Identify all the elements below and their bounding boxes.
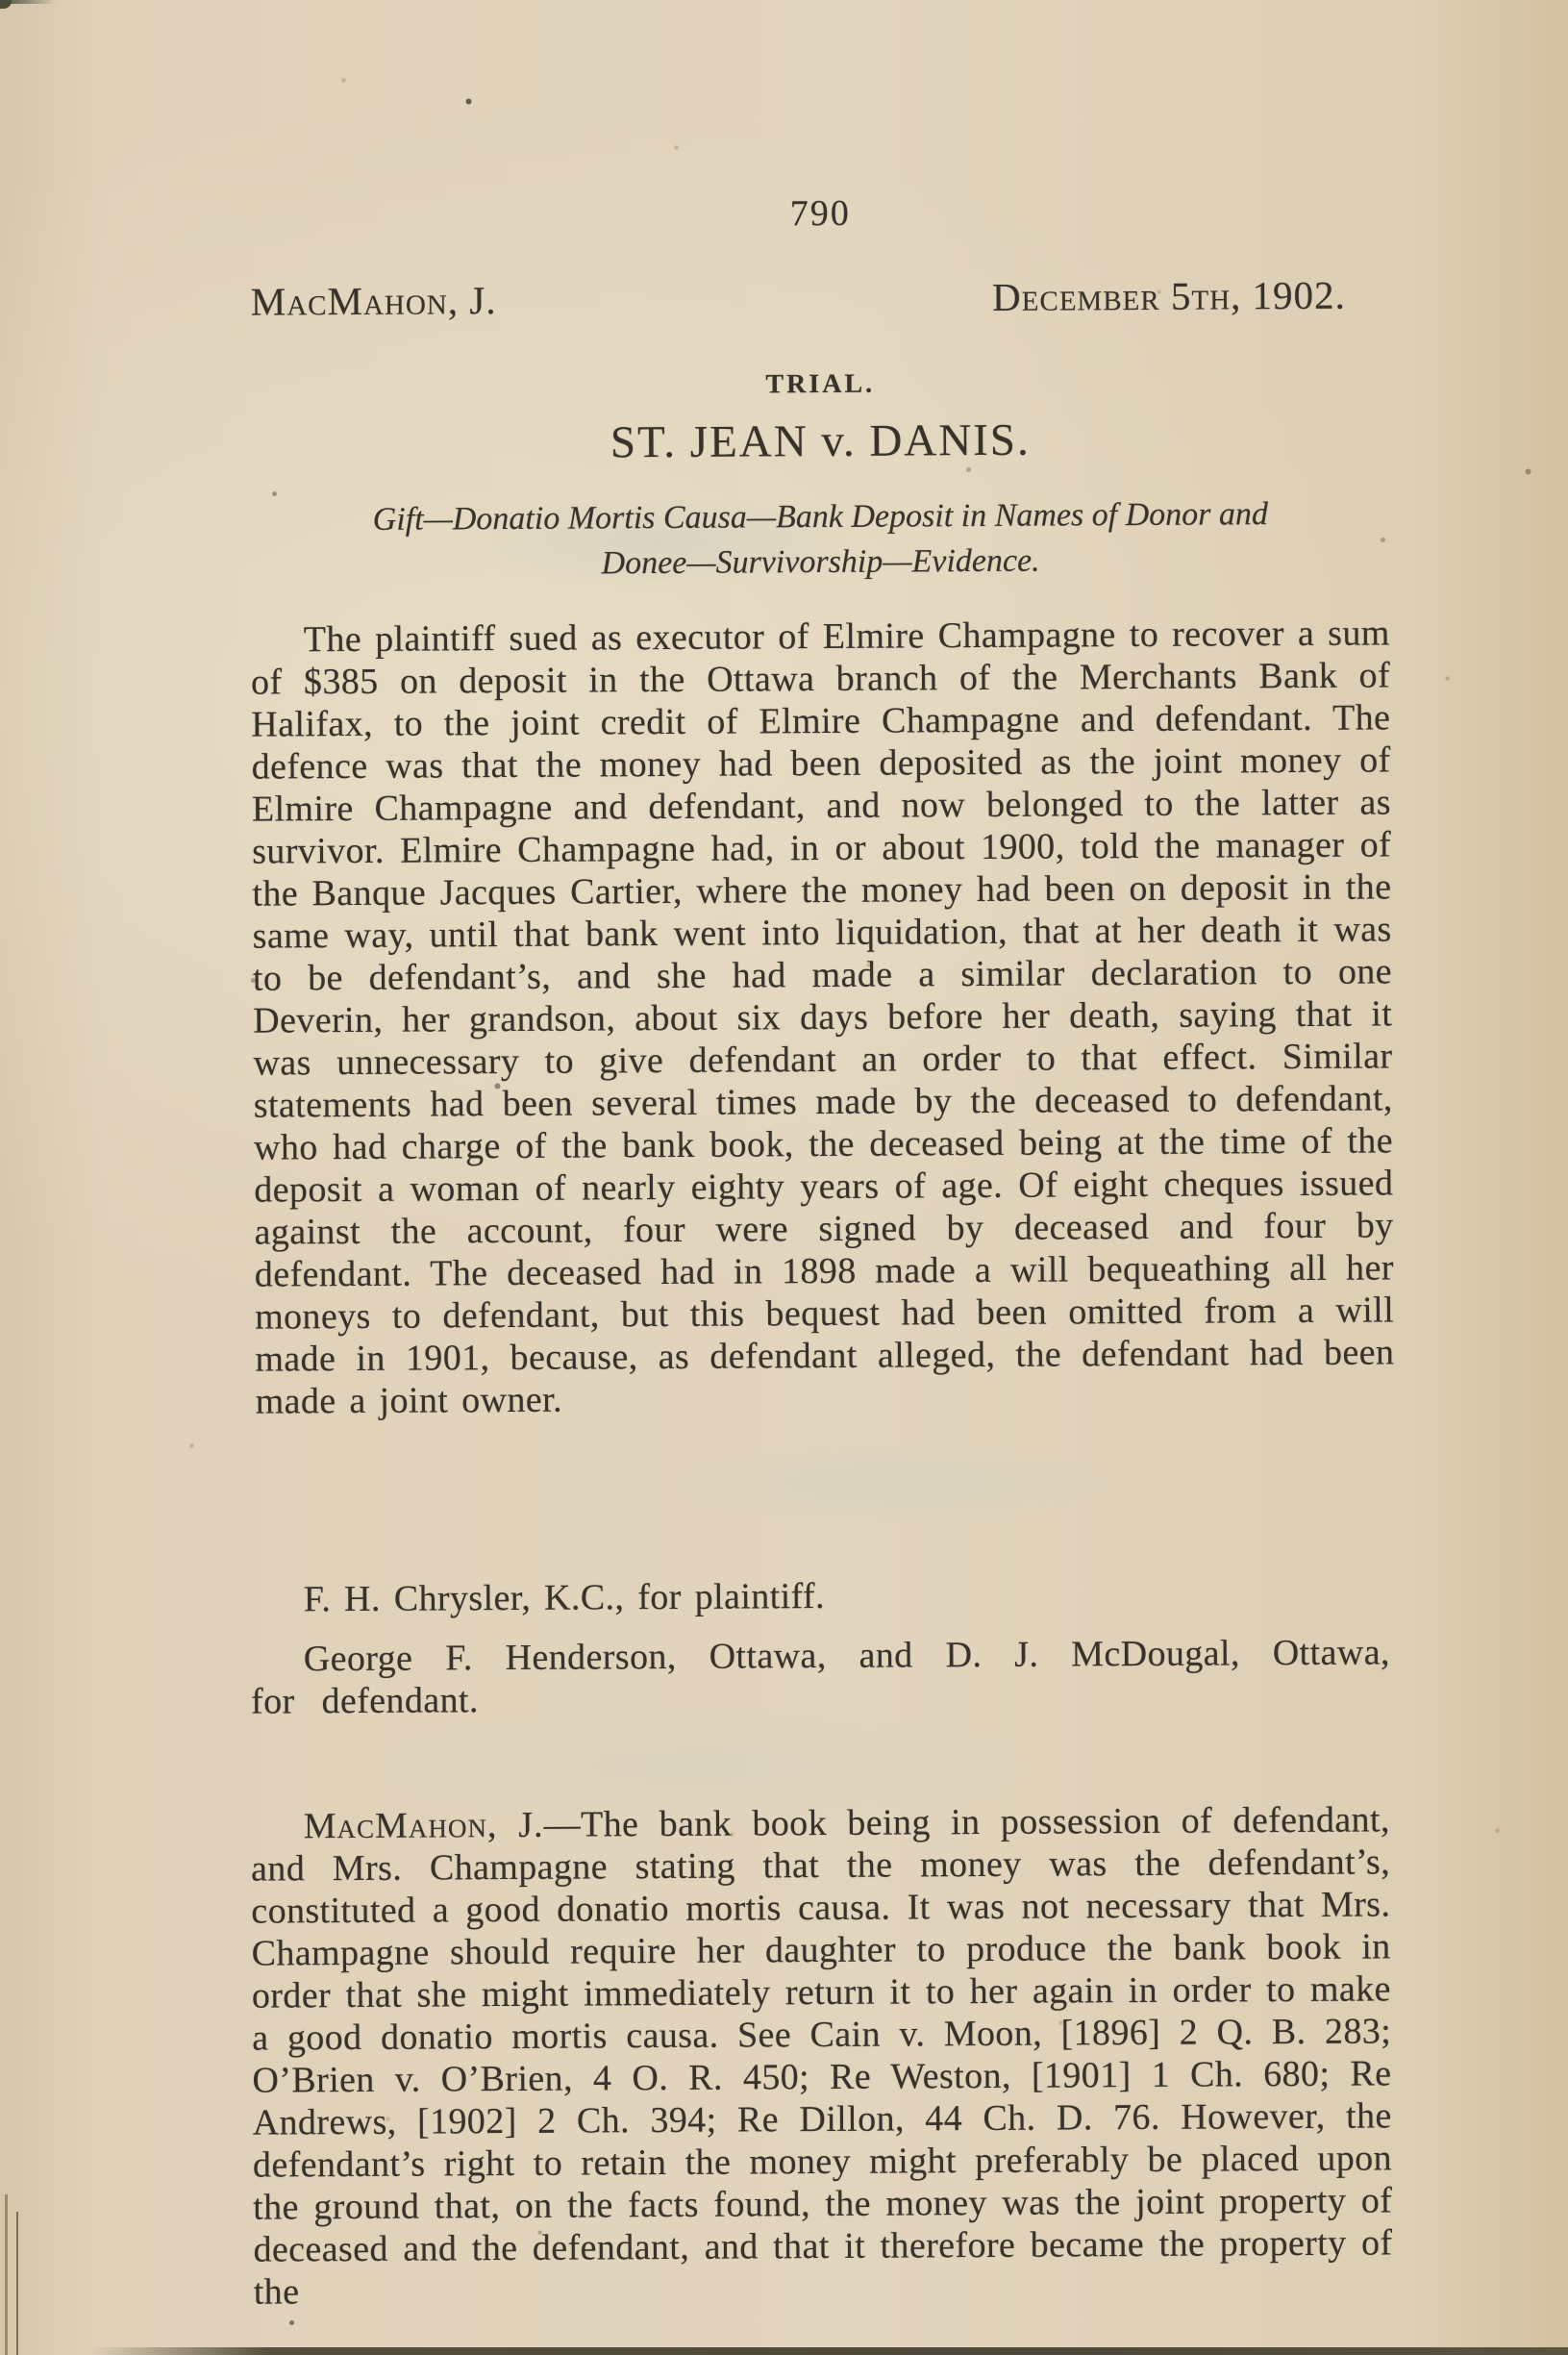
hearing-date: December 5th, 1902. (992, 272, 1346, 320)
page-edge-line (5, 2194, 8, 2355)
catchwords-line-1: Gift—Donatio Mortis Causa—Bank Deposit i… (251, 490, 1390, 542)
page-edge-line (16, 2212, 18, 2355)
judgment-text: —The bank book being in possession of de… (251, 1799, 1393, 2312)
bottom-page-edge-shadow (91, 2347, 1568, 2355)
running-header: MacMahon, J. December 5th, 1902. (251, 271, 1390, 324)
counsel-for-plaintiff: F. H. Chrysler, K.C., for plaintiff. (251, 1571, 1390, 1620)
catchwords-line-2: Donee—Survivorship—Evidence. (251, 536, 1390, 588)
case-title: ST. JEAN v. DANIS. (251, 412, 1390, 470)
catchwords: Gift—Donatio Mortis Causa—Bank Deposit i… (251, 490, 1391, 588)
facts-paragraph: The plaintiff sued as executor of Elmire… (251, 612, 1395, 1422)
scanned-law-report-page: 790 MacMahon, J. December 5th, 1902. TRI… (0, 0, 1568, 2355)
page-number: 790 (251, 188, 1390, 238)
counsel-for-defendant: George F. Henderson, Ottawa, and D. J. M… (251, 1631, 1391, 1722)
judgment-judge-name: MacMahon, J. (304, 1805, 544, 1847)
trial-label: TRIAL. (251, 365, 1390, 403)
judgment-paragraph: MacMahon, J.—The bank book being in poss… (251, 1798, 1393, 2313)
paper-specks (0, 0, 3, 3)
judge-name: MacMahon, J. (251, 277, 497, 325)
